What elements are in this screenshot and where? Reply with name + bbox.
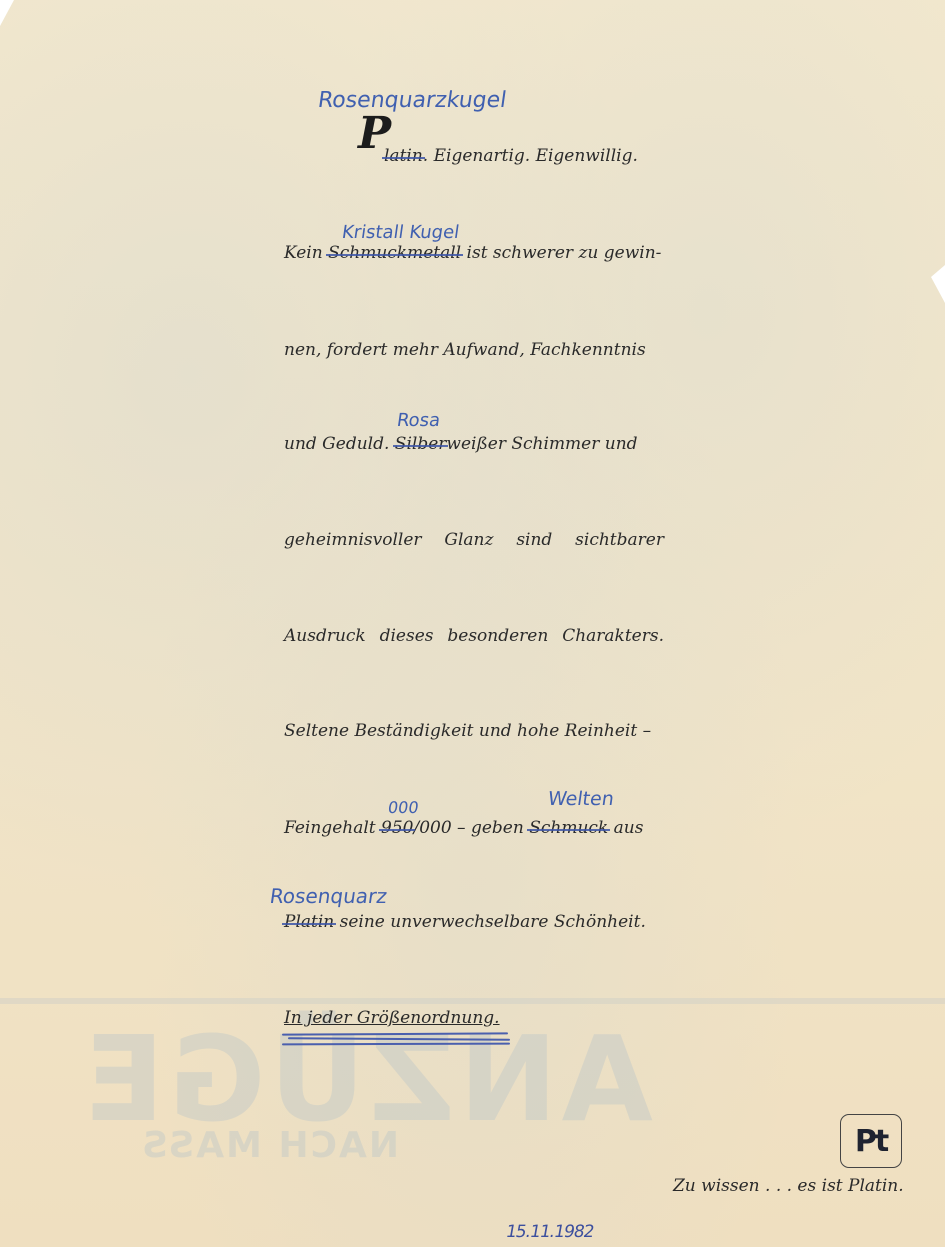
text-segment: seine unverwechselbare Schönheit. bbox=[334, 912, 646, 932]
word: Glanz bbox=[444, 530, 493, 550]
word: sind bbox=[516, 530, 552, 550]
word: Ausdruck bbox=[284, 626, 366, 646]
handwritten-kristall-kugel: Kristall Kugel bbox=[341, 222, 461, 243]
struck-word-schmuckmetall: Schmuckmetall bbox=[328, 243, 461, 263]
text-segment: Kein bbox=[284, 243, 328, 263]
bleed-through-subline: NACH MASS bbox=[140, 1125, 399, 1166]
handwritten-date: 15.11.1982 bbox=[504, 1222, 595, 1242]
word: sichtbarer bbox=[575, 530, 664, 550]
word: besonderen bbox=[447, 626, 548, 646]
text-segment: /000 – geben bbox=[413, 818, 529, 838]
handwritten-rosa: Rosa bbox=[396, 410, 442, 431]
pt-logo-icon: Pt bbox=[855, 1124, 887, 1159]
body-line-8: Platin seine unverwechselbare Schönheit. bbox=[284, 912, 664, 932]
struck-word-silber: Silber bbox=[395, 434, 447, 454]
platinum-logo: Pt bbox=[840, 1114, 902, 1168]
struck-word-platin-2: Platin bbox=[284, 912, 334, 932]
handwritten-welten: Welten bbox=[546, 788, 615, 810]
struck-number-950: 950 bbox=[381, 818, 413, 838]
body-line-7: Feingehalt 950/000 – geben Schmuck aus bbox=[284, 818, 664, 838]
torn-edge-notch bbox=[931, 265, 945, 303]
body-line-3: und Geduld. Silberweißer Schimmer und bbox=[284, 434, 664, 454]
body-line-4: geheimnisvoller Glanz sind sichtbarer bbox=[284, 530, 664, 550]
tagline: Zu wissen . . . es ist Platin. bbox=[673, 1176, 904, 1196]
word: dieses bbox=[380, 626, 434, 646]
body-line-6: Seltene Beständigkeit und hohe Reinheit … bbox=[284, 721, 664, 741]
handwritten-rosenquarz: Rosenquarz bbox=[268, 884, 388, 908]
text-segment: nen, fordert mehr Aufwand, Fachkenntnis bbox=[284, 340, 646, 360]
struck-word-schmuck: Schmuck bbox=[529, 818, 608, 838]
text-segment: und Geduld. bbox=[284, 434, 395, 454]
word: Charakters. bbox=[562, 626, 664, 646]
body-line-1: Kein Schmuckmetall ist schwerer zu gewin… bbox=[284, 243, 664, 263]
closing-text: In jeder Größenordnung. bbox=[284, 1008, 500, 1028]
body-line-2: nen, fordert mehr Aufwand, Fachkenntnis bbox=[284, 340, 664, 360]
word: geheimnisvoller bbox=[284, 530, 422, 550]
text-segment: weißer Schimmer und bbox=[446, 434, 637, 454]
body-line-5: Ausdruck dieses besonderen Charakters. bbox=[284, 626, 664, 646]
text-segment: Feingehalt bbox=[284, 818, 381, 838]
text-segment: ist schwerer zu gewin- bbox=[461, 243, 661, 263]
body-copy: Kristall Kugel Kein Schmuckmetall ist sc… bbox=[284, 0, 664, 1000]
handwritten-000: 000 bbox=[387, 798, 420, 817]
torn-corner bbox=[0, 0, 14, 26]
closing-line: In jeder Größenordnung. bbox=[284, 1008, 664, 1028]
text-segment: Seltene Beständigkeit und hohe Reinheit … bbox=[284, 721, 651, 741]
text-segment: aus bbox=[608, 818, 643, 838]
